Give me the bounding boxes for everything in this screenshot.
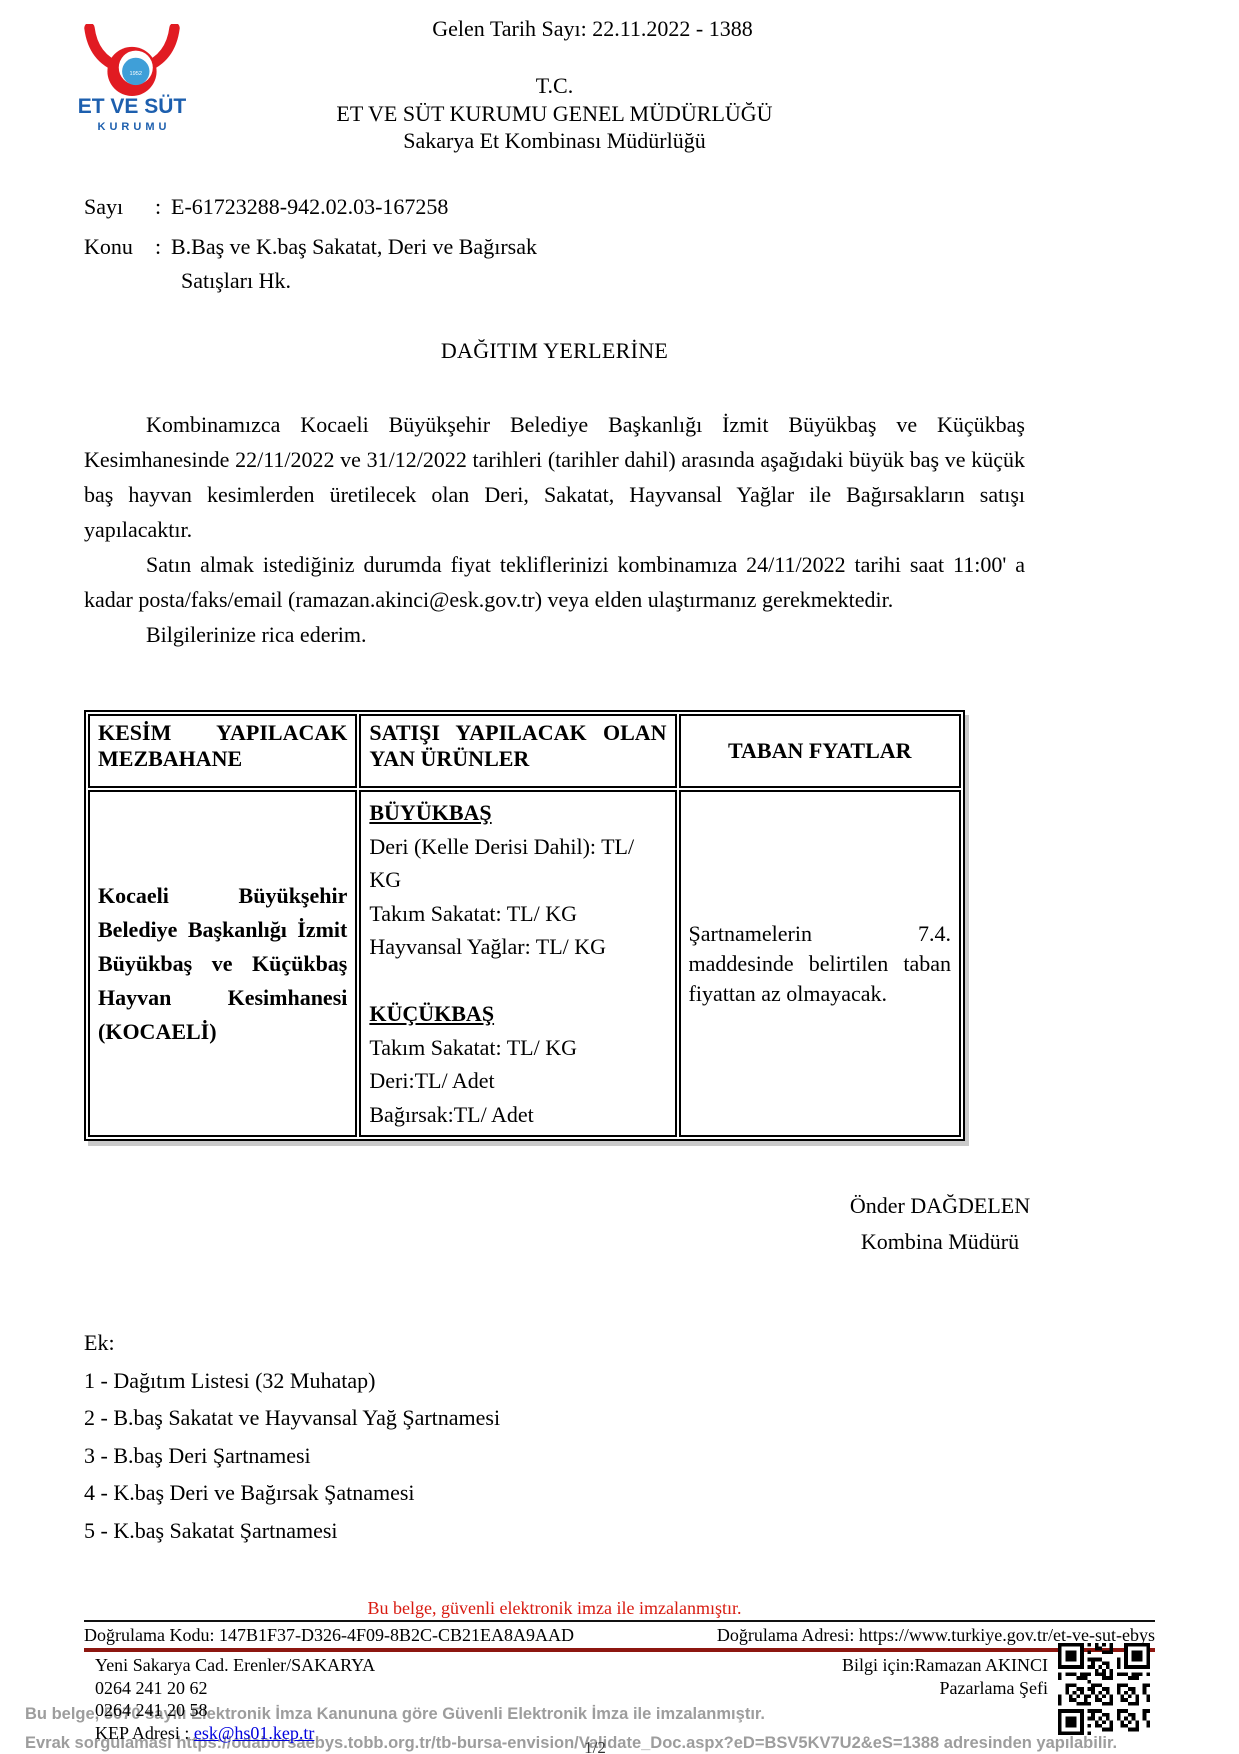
signer-title: Kombina Müdürü bbox=[775, 1224, 1105, 1260]
konu-value: B.Baş ve K.baş Sakatat, Deri ve Bağırsak bbox=[171, 234, 537, 260]
attachment-item-5: 5 - K.baş Sakatat Şartnamesi bbox=[84, 1512, 500, 1550]
contact-person: Bilgi için:Ramazan AKINCI bbox=[577, 1654, 1048, 1677]
ovine-item-2: Deri:TL/ Adet bbox=[369, 1064, 666, 1098]
address-block: Yeni Sakarya Cad. Erenler/SAKARYA 0264 2… bbox=[95, 1654, 375, 1744]
qr-code bbox=[1058, 1643, 1150, 1735]
bovine-item-3: Hayvansal Yağlar: TL/ KG bbox=[369, 930, 666, 964]
org-title: ET VE SÜT KURUMU GENEL MÜDÜRLÜĞÜ bbox=[84, 100, 1025, 128]
products-cell: BÜYÜKBAŞ Deri (Kelle Derisi Dahil): TL/ … bbox=[359, 790, 676, 1137]
bovine-item-2: Takım Sakatat: TL/ KG bbox=[369, 897, 666, 931]
contact-block: Bilgi için:Ramazan AKINCI Pazarlama Şefi bbox=[577, 1654, 1048, 1699]
konu-colon: : bbox=[155, 234, 171, 260]
attachment-item-4: 4 - K.baş Deri ve Bağırsak Şatnamesi bbox=[84, 1474, 500, 1512]
attachments-block: Ek: 1 - Dağıtım Listesi (32 Muhatap) 2 -… bbox=[84, 1324, 500, 1550]
document-page: Gelen Tarih Sayı: 22.11.2022 - 1388 1952… bbox=[0, 0, 1239, 1754]
branch-title: Sakarya Et Kombinası Müdürlüğü bbox=[84, 127, 1025, 155]
body-paragraph-2: Satın almak istediğiniz durumda fiyat te… bbox=[84, 547, 1025, 617]
verification-row: Doğrulama Kodu: 147B1F37-D326-4F09-8B2C-… bbox=[84, 1620, 1155, 1646]
floor-price-cell: Şartnamelerin 7.4. maddesinde belirtilen… bbox=[679, 790, 961, 1137]
phone-line-2: 0264 241 20 58 bbox=[95, 1699, 375, 1722]
letter-body: Kombinamızca Kocaeli Büyükşehir Belediye… bbox=[84, 407, 1025, 652]
table-header-row: KESİM YAPILACAK MEZBAHANE SATIŞI YAPILAC… bbox=[88, 714, 961, 788]
attachments-label: Ek: bbox=[84, 1324, 500, 1362]
ovine-heading: KÜÇÜKBAŞ bbox=[369, 997, 666, 1031]
bovine-heading: BÜYÜKBAŞ bbox=[369, 796, 666, 830]
attachment-item-3: 3 - B.baş Deri Şartnamesi bbox=[84, 1437, 500, 1475]
col-header-products: SATIŞI YAPILACAK OLAN YAN ÜRÜNLER bbox=[359, 714, 676, 788]
incoming-stamp: Gelen Tarih Sayı: 22.11.2022 - 1388 bbox=[84, 16, 1025, 42]
konu-row: Konu : B.Baş ve K.baş Sakatat, Deri ve B… bbox=[84, 234, 537, 260]
table-row: Kocaeli Büyükşehir Belediye Başkanlığı İ… bbox=[88, 790, 961, 1137]
ovine-item-1: Takım Sakatat: TL/ KG bbox=[369, 1031, 666, 1065]
reference-block: Sayı : E-61723288-942.02.03-167258 Konu … bbox=[84, 194, 537, 294]
sayi-value: E-61723288-942.02.03-167258 bbox=[171, 194, 448, 220]
sayi-row: Sayı : E-61723288-942.02.03-167258 bbox=[84, 194, 537, 220]
page-number: 1/2 bbox=[0, 1738, 1190, 1754]
konu-label: Konu bbox=[84, 234, 155, 260]
col-header-floor-prices: TABAN FYATLAR bbox=[679, 714, 961, 788]
esign-notice: Bu belge, güvenli elektronik imza ile im… bbox=[84, 1598, 1025, 1619]
spacer-line bbox=[369, 964, 666, 998]
attachment-item-2: 2 - B.baş Sakatat ve Hayvansal Yağ Şartn… bbox=[84, 1399, 500, 1437]
verification-code: Doğrulama Kodu: 147B1F37-D326-4F09-8B2C-… bbox=[84, 1625, 574, 1646]
slaughterhouse-cell: Kocaeli Büyükşehir Belediye Başkanlığı İ… bbox=[88, 790, 357, 1137]
signer-name: Önder DAĞDELEN bbox=[775, 1188, 1105, 1224]
price-table: KESİM YAPILACAK MEZBAHANE SATIŞI YAPILAC… bbox=[84, 710, 965, 1141]
distribution-heading: DAĞITIM YERLERİNE bbox=[84, 338, 1025, 364]
body-paragraph-1: Kombinamızca Kocaeli Büyükşehir Belediye… bbox=[84, 407, 1025, 547]
state-title: T.C. bbox=[84, 72, 1025, 100]
footer-rule bbox=[84, 1648, 1155, 1652]
bovine-item-1: Deri (Kelle Derisi Dahil): TL/ KG bbox=[369, 830, 666, 897]
sayi-colon: : bbox=[155, 194, 171, 220]
letterhead: T.C. ET VE SÜT KURUMU GENEL MÜDÜRLÜĞÜ Sa… bbox=[84, 72, 1025, 155]
address-line: Yeni Sakarya Cad. Erenler/SAKARYA bbox=[95, 1654, 375, 1677]
body-paragraph-3: Bilgilerinize rica ederim. bbox=[84, 617, 1025, 652]
konu-value-line2: Satışları Hk. bbox=[181, 268, 537, 294]
sayi-label: Sayı bbox=[84, 194, 155, 220]
attachment-item-1: 1 - Dağıtım Listesi (32 Muhatap) bbox=[84, 1362, 500, 1400]
contact-title: Pazarlama Şefi bbox=[577, 1677, 1048, 1700]
signature-block: Önder DAĞDELEN Kombina Müdürü bbox=[775, 1188, 1105, 1260]
ovine-item-3: Bağırsak:TL/ Adet bbox=[369, 1098, 666, 1132]
col-header-slaughterhouse: KESİM YAPILACAK MEZBAHANE bbox=[88, 714, 357, 788]
phone-line-1: 0264 241 20 62 bbox=[95, 1677, 375, 1700]
